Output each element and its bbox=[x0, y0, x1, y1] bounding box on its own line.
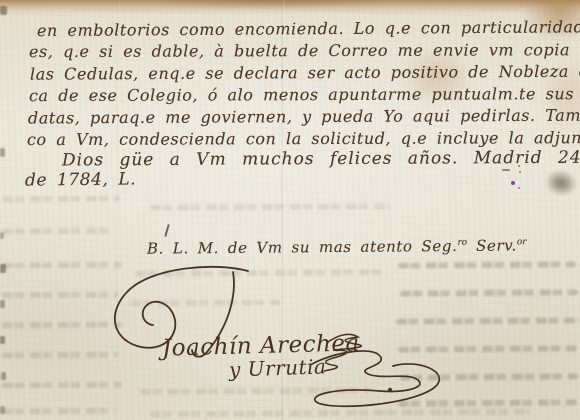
bleedthrough-line bbox=[140, 387, 370, 395]
bleedthrough-line bbox=[396, 317, 578, 324]
purple-ink-blot bbox=[511, 181, 515, 185]
edge-bleed-mark bbox=[0, 336, 5, 344]
edge-bleed-mark bbox=[1, 372, 6, 380]
stray-ink-mark bbox=[502, 169, 510, 171]
edge-bleed-mark bbox=[0, 300, 5, 308]
manuscript-line-4: ca de ese Colegio, ó alo menos apuntarme… bbox=[29, 86, 580, 104]
closing-superscript: ro bbox=[457, 238, 467, 248]
closing-text: B. L. M. de Vm su mas atento Seg. bbox=[147, 237, 458, 258]
bleedthrough-line bbox=[400, 289, 578, 296]
bleedthrough-line bbox=[2, 292, 118, 299]
edge-bleed-mark bbox=[0, 6, 7, 15]
edge-bleed-mark bbox=[0, 148, 5, 157]
bleedthrough-line bbox=[2, 228, 114, 235]
bleedthrough-line bbox=[2, 322, 122, 329]
manuscript-line-7: Dios güe a Vm muchos felices años. Madri… bbox=[62, 150, 580, 170]
stray-ink-mark bbox=[164, 224, 170, 237]
aged-top-edge bbox=[0, 0, 580, 15]
closing-superscript: or bbox=[517, 237, 527, 247]
bleedthrough-line bbox=[2, 262, 122, 269]
bleedthrough-line bbox=[150, 409, 530, 418]
edge-bleed-mark bbox=[0, 232, 4, 239]
bleedthrough-line bbox=[398, 399, 578, 406]
manuscript-line-6: co a Vm, condescienda con la solicitud, … bbox=[27, 130, 580, 148]
closing-text: Serv. bbox=[467, 236, 517, 254]
bleedthrough-line bbox=[2, 196, 120, 203]
bleedthrough-line bbox=[135, 269, 385, 277]
bleedthrough-line bbox=[400, 373, 578, 380]
bleedthrough-line bbox=[398, 345, 578, 352]
bleedthrough-line bbox=[130, 299, 280, 306]
manuscript-line-8: de 1784, L. bbox=[25, 171, 136, 189]
manuscript-line-2: es, q.e si es dable, à buelta de Correo … bbox=[29, 42, 580, 60]
manuscript-line-1: en emboltorios como encomienda. Lo q.e c… bbox=[37, 19, 580, 39]
manuscript-line-5: datas, paraq.e me goviernen, y pueda Yo … bbox=[28, 107, 580, 126]
bleedthrough-line bbox=[150, 203, 390, 211]
edge-bleed-mark bbox=[0, 406, 5, 414]
manuscript-page: en emboltorios como encomienda. Lo q.e c… bbox=[0, 0, 580, 420]
bleedthrough-line bbox=[2, 382, 122, 389]
bleedthrough-line bbox=[398, 261, 576, 268]
ink-smudge bbox=[543, 167, 580, 199]
closing-line: B. L. M. de Vm su mas atento Seg.ro Serv… bbox=[147, 236, 527, 257]
signature-name-second-line: y Urrutia bbox=[229, 354, 327, 381]
rubric-ink-dot bbox=[388, 388, 392, 392]
bleedthrough-line bbox=[2, 352, 118, 359]
bleedthrough-line bbox=[2, 408, 116, 415]
edge-bleed-mark bbox=[0, 264, 6, 273]
manuscript-line-3: las Cedulas, enq.e se declara ser acto p… bbox=[30, 63, 580, 82]
